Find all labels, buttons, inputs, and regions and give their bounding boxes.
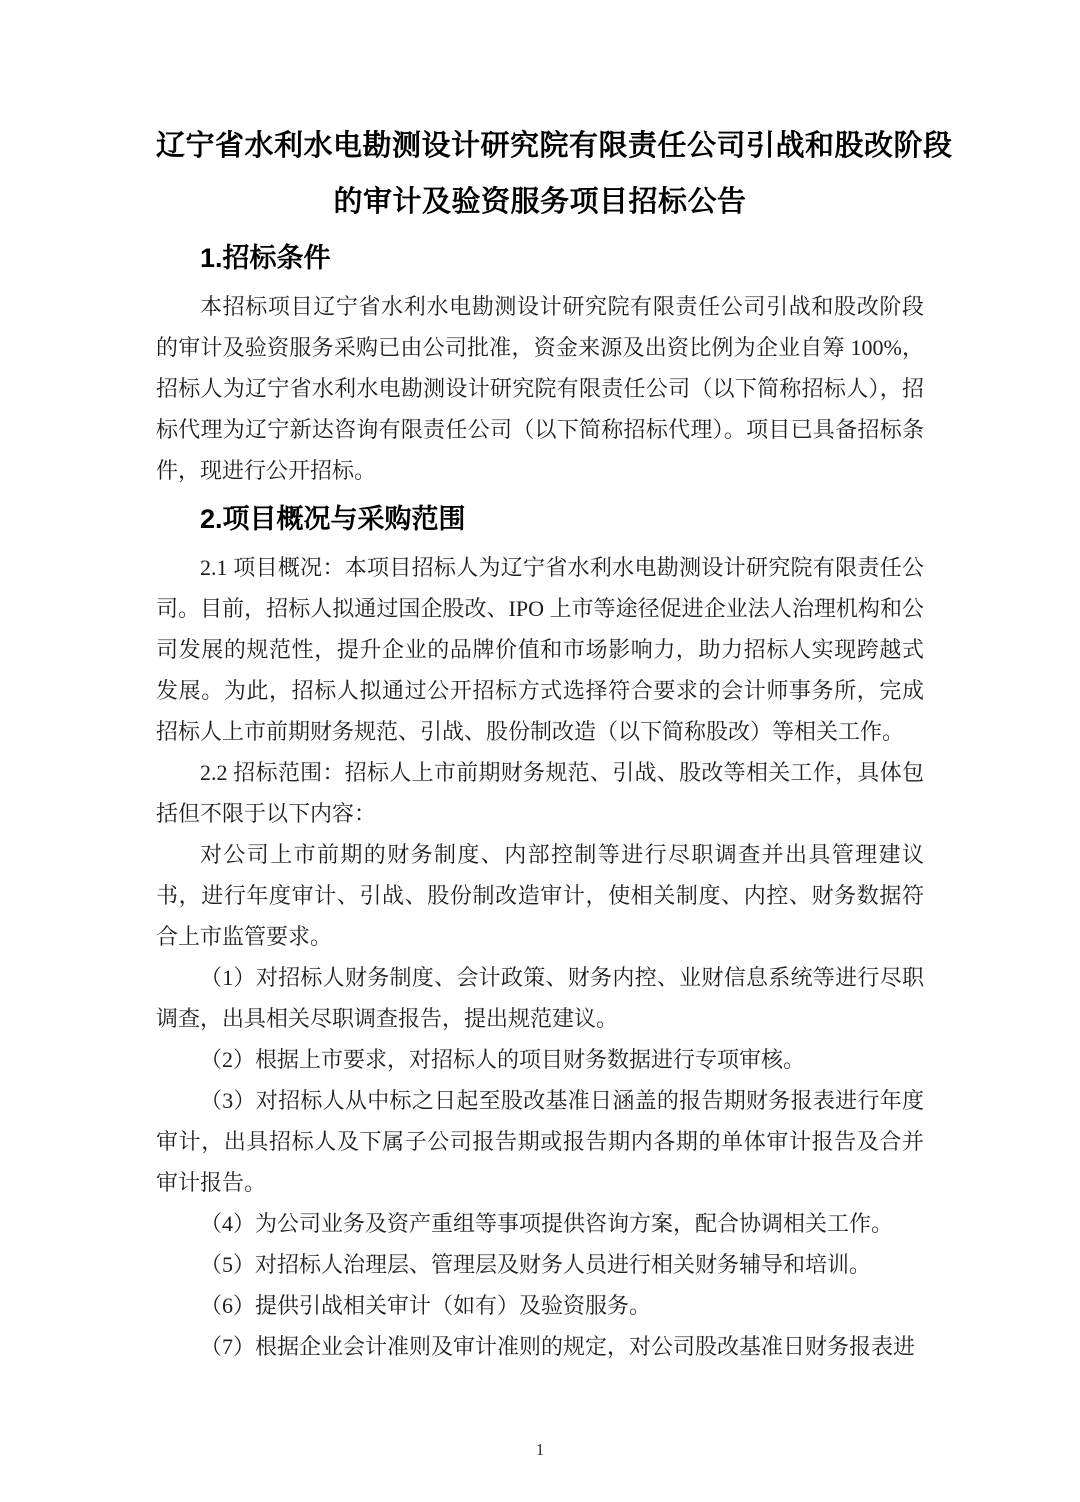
- page-number: 1: [0, 1440, 1080, 1460]
- paragraph-item-2: （2）根据上市要求，对招标人的项目财务数据进行专项审核。: [156, 1039, 924, 1080]
- section-heading-1: 1.招标条件: [156, 238, 924, 278]
- paragraph-item-5: （5）对招标人治理层、管理层及财务人员进行相关财务辅导和培训。: [156, 1244, 924, 1285]
- paragraph: 2.1 项目概况：本项目招标人为辽宁省水利水电勘测设计研究院有限责任公司。目前，…: [156, 547, 924, 752]
- document-title-line2: 的审计及验资服务项目招标公告: [156, 174, 924, 230]
- section-project-overview: 2.项目概况与采购范围 2.1 项目概况：本项目招标人为辽宁省水利水电勘测设计研…: [156, 499, 924, 1367]
- section-bidding-conditions: 1.招标条件 本招标项目辽宁省水利水电勘测设计研究院有限责任公司引战和股改阶段的…: [156, 238, 924, 491]
- document-title: 辽宁省水利水电勘测设计研究院有限责任公司引战和股改阶段 的审计及验资服务项目招标…: [156, 118, 924, 230]
- paragraph-item-1: （1）对招标人财务制度、会计政策、财务内控、业财信息系统等进行尽职调查，出具相关…: [156, 957, 924, 1039]
- paragraph: 2.2 招标范围：招标人上市前期财务规范、引战、股改等相关工作，具体包括但不限于…: [156, 752, 924, 834]
- document-title-line1: 辽宁省水利水电勘测设计研究院有限责任公司引战和股改阶段: [156, 118, 924, 174]
- document-page: 辽宁省水利水电勘测设计研究院有限责任公司引战和股改阶段 的审计及验资服务项目招标…: [0, 0, 1080, 1502]
- paragraph-item-4: （4）为公司业务及资产重组等事项提供咨询方案，配合协调相关工作。: [156, 1203, 924, 1244]
- paragraph: 本招标项目辽宁省水利水电勘测设计研究院有限责任公司引战和股改阶段的审计及验资服务…: [156, 286, 924, 491]
- paragraph-item-6: （6）提供引战相关审计（如有）及验资服务。: [156, 1285, 924, 1326]
- section-heading-2: 2.项目概况与采购范围: [156, 499, 924, 539]
- paragraph-item-7: （7）根据企业会计准则及审计准则的规定，对公司股改基准日财务报表进: [156, 1326, 924, 1367]
- paragraph-item-3: （3）对招标人从中标之日起至股改基准日涵盖的报告期财务报表进行年度审计，出具招标…: [156, 1080, 924, 1203]
- paragraph: 对公司上市前期的财务制度、内部控制等进行尽职调查并出具管理建议书，进行年度审计、…: [156, 834, 924, 957]
